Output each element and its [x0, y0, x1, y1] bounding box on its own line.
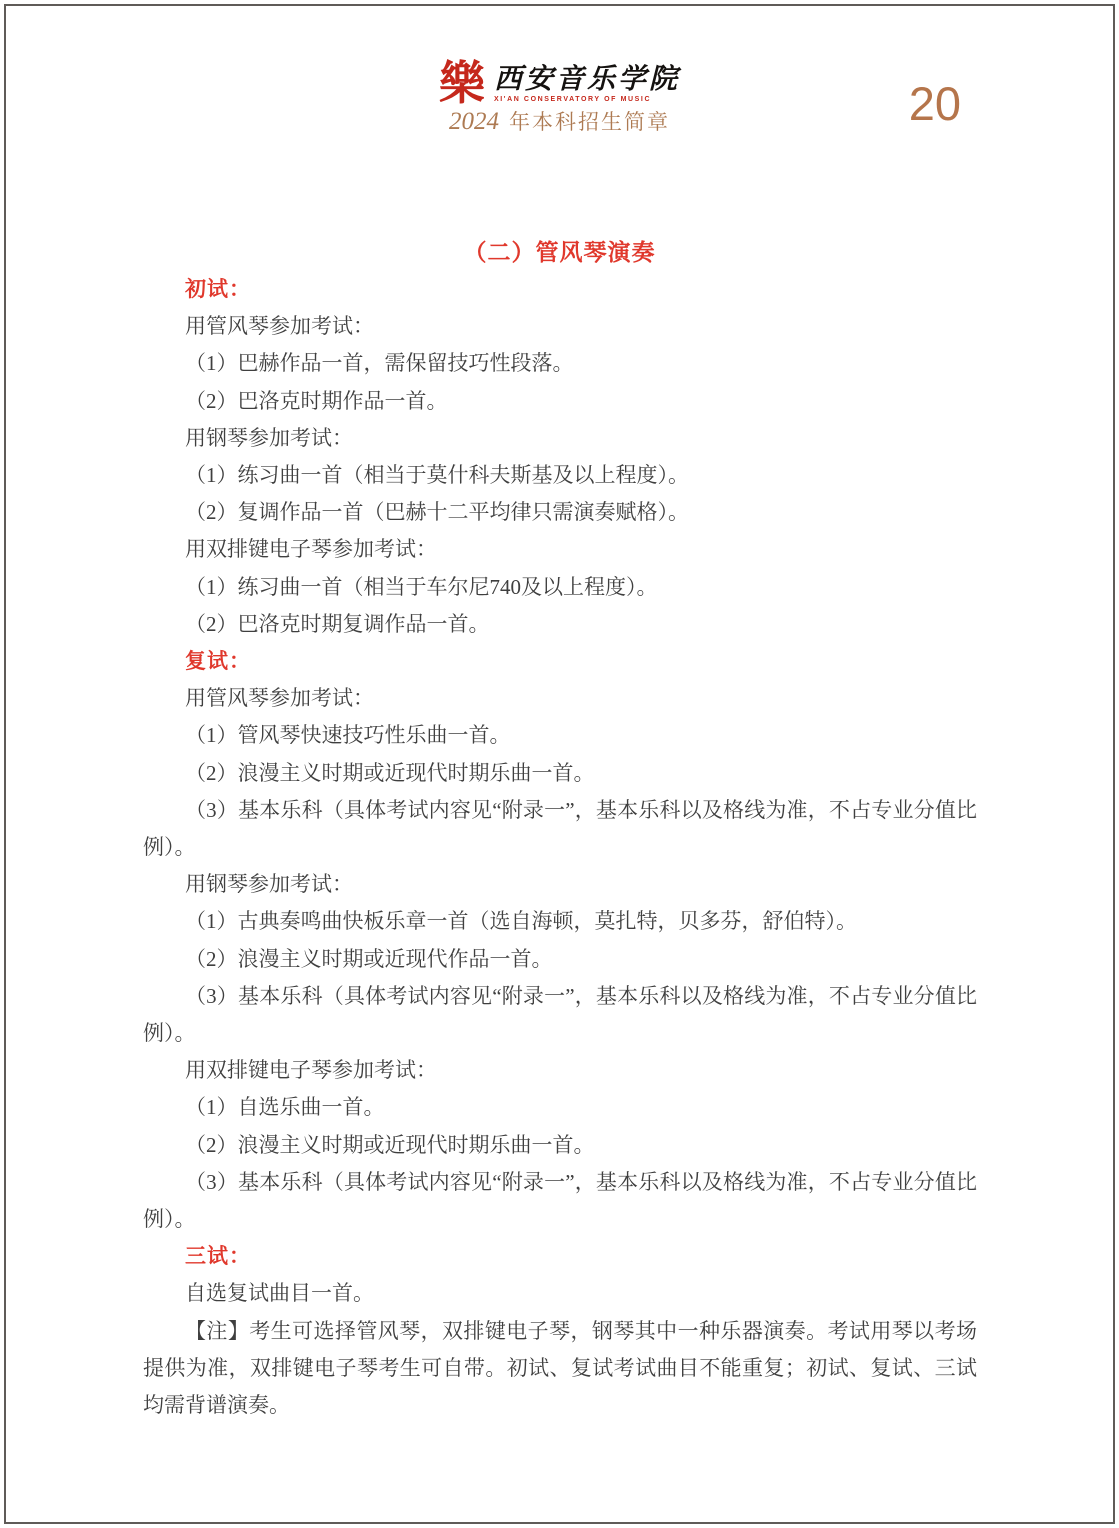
school-name-english: XI'AN CONSERVATORY OF MUSIC: [494, 96, 680, 103]
brochure-subtitle: 2024 年本科招生简章: [449, 109, 670, 134]
paragraph: 用双排键电子琴参加考试：: [143, 1052, 977, 1089]
paragraph: 【注】考生可选择管风琴，双排键电子琴，钢琴其中一种乐器演奏。考试用琴以考场提供为…: [143, 1313, 977, 1425]
brochure-title: 年本科招生简章: [509, 112, 670, 133]
paragraph: （3）基本乐科（具体考试内容见“附录一”，基本乐科以及格线为准，不占专业分值比例…: [143, 978, 977, 1052]
paragraph: （2）巴洛克时期复调作品一首。: [143, 606, 977, 643]
paragraph: （2）浪漫主义时期或近现代时期乐曲一首。: [143, 755, 977, 792]
paragraph: 用钢琴参加考试：: [143, 866, 977, 903]
section-title: （二）管风琴演奏: [0, 234, 1119, 267]
paragraph: （1）练习曲一首（相当于莫什科夫斯基及以上程度）。: [143, 457, 977, 494]
paragraph: （1）管风琴快速技巧性乐曲一首。: [143, 717, 977, 754]
section-heading: 复试：: [143, 643, 977, 680]
paragraph: 用管风琴参加考试：: [143, 680, 977, 717]
paragraph: （1）巴赫作品一首，需保留技巧性段落。: [143, 345, 977, 382]
paragraph: 用管风琴参加考试：: [143, 308, 977, 345]
paragraph: （2）巴洛克时期作品一首。: [143, 383, 977, 420]
content: 初试：用管风琴参加考试：（1）巴赫作品一首，需保留技巧性段落。（2）巴洛克时期作…: [143, 271, 977, 1424]
school-name-block: 西安音乐学院 XI'AN CONSERVATORY OF MUSIC: [494, 62, 680, 103]
paragraph: 用双排键电子琴参加考试：: [143, 531, 977, 568]
paragraph: （2）浪漫主义时期或近现代作品一首。: [143, 941, 977, 978]
school-seal-icon: 樂: [439, 62, 485, 106]
brochure-page: 樂 西安音乐学院 XI'AN CONSERVATORY OF MUSIC 202…: [0, 0, 1119, 1528]
paragraph: （3）基本乐科（具体考试内容见“附录一”，基本乐科以及格线为准，不占专业分值比例…: [143, 1164, 977, 1238]
paragraph: 用钢琴参加考试：: [143, 420, 977, 457]
paragraph: （1）古典奏鸣曲快板乐章一首（选自海顿，莫扎特，贝多芬，舒伯特）。: [143, 903, 977, 940]
brochure-year: 2024: [449, 109, 499, 134]
section-heading: 三试：: [143, 1238, 977, 1275]
paragraph: （2）浪漫主义时期或近现代时期乐曲一首。: [143, 1127, 977, 1164]
paragraph: 自选复试曲目一首。: [143, 1275, 977, 1312]
paragraph: （1）自选乐曲一首。: [143, 1089, 977, 1126]
section-heading: 初试：: [143, 271, 977, 308]
paragraph: （1）练习曲一首（相当于车尔尼740及以上程度）。: [143, 569, 977, 606]
page-number: 20: [909, 80, 961, 127]
paragraph: （3）基本乐科（具体考试内容见“附录一”，基本乐科以及格线为准，不占专业分值比例…: [143, 792, 977, 866]
paragraph: （2）复调作品一首（巴赫十二平均律只需演奏赋格）。: [143, 494, 977, 531]
school-logo: 樂 西安音乐学院 XI'AN CONSERVATORY OF MUSIC: [439, 62, 680, 106]
school-name: 西安音乐学院: [494, 66, 680, 94]
